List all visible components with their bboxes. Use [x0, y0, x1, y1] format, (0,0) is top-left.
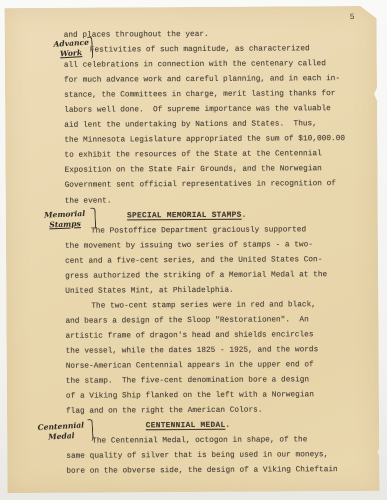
typed-line: to exhibit the resources of the State at… [64, 147, 360, 164]
typed-line: the Minnesota Legislature appropriated t… [64, 132, 360, 149]
scanned-document-view: 5 Advance Work Memorial Stamps Centennia… [0, 0, 387, 500]
typewritten-page: 5 Advance Work Memorial Stamps Centennia… [5, 6, 380, 493]
typed-line: cent and a five-cent series, and the Uni… [65, 253, 361, 270]
typed-line: the vessel, while the dates 1825 - 1925,… [66, 343, 362, 360]
typed-text-block: and places throughout the year.Festiviti… [64, 27, 363, 480]
heading-text: CENTENNIAL MEDAL [146, 422, 226, 430]
heading-text: SPECIAL MEMORIAL STAMPS [127, 211, 242, 220]
typed-line: bore on the obverse side, the design of … [66, 463, 362, 480]
typed-line: aid lent the undertaking by Nations and … [64, 117, 360, 134]
typed-line: Government sent official representatives… [65, 177, 361, 194]
typed-line: gress authorized the striking of a Memor… [65, 268, 361, 285]
page-number: 5 [350, 13, 355, 22]
